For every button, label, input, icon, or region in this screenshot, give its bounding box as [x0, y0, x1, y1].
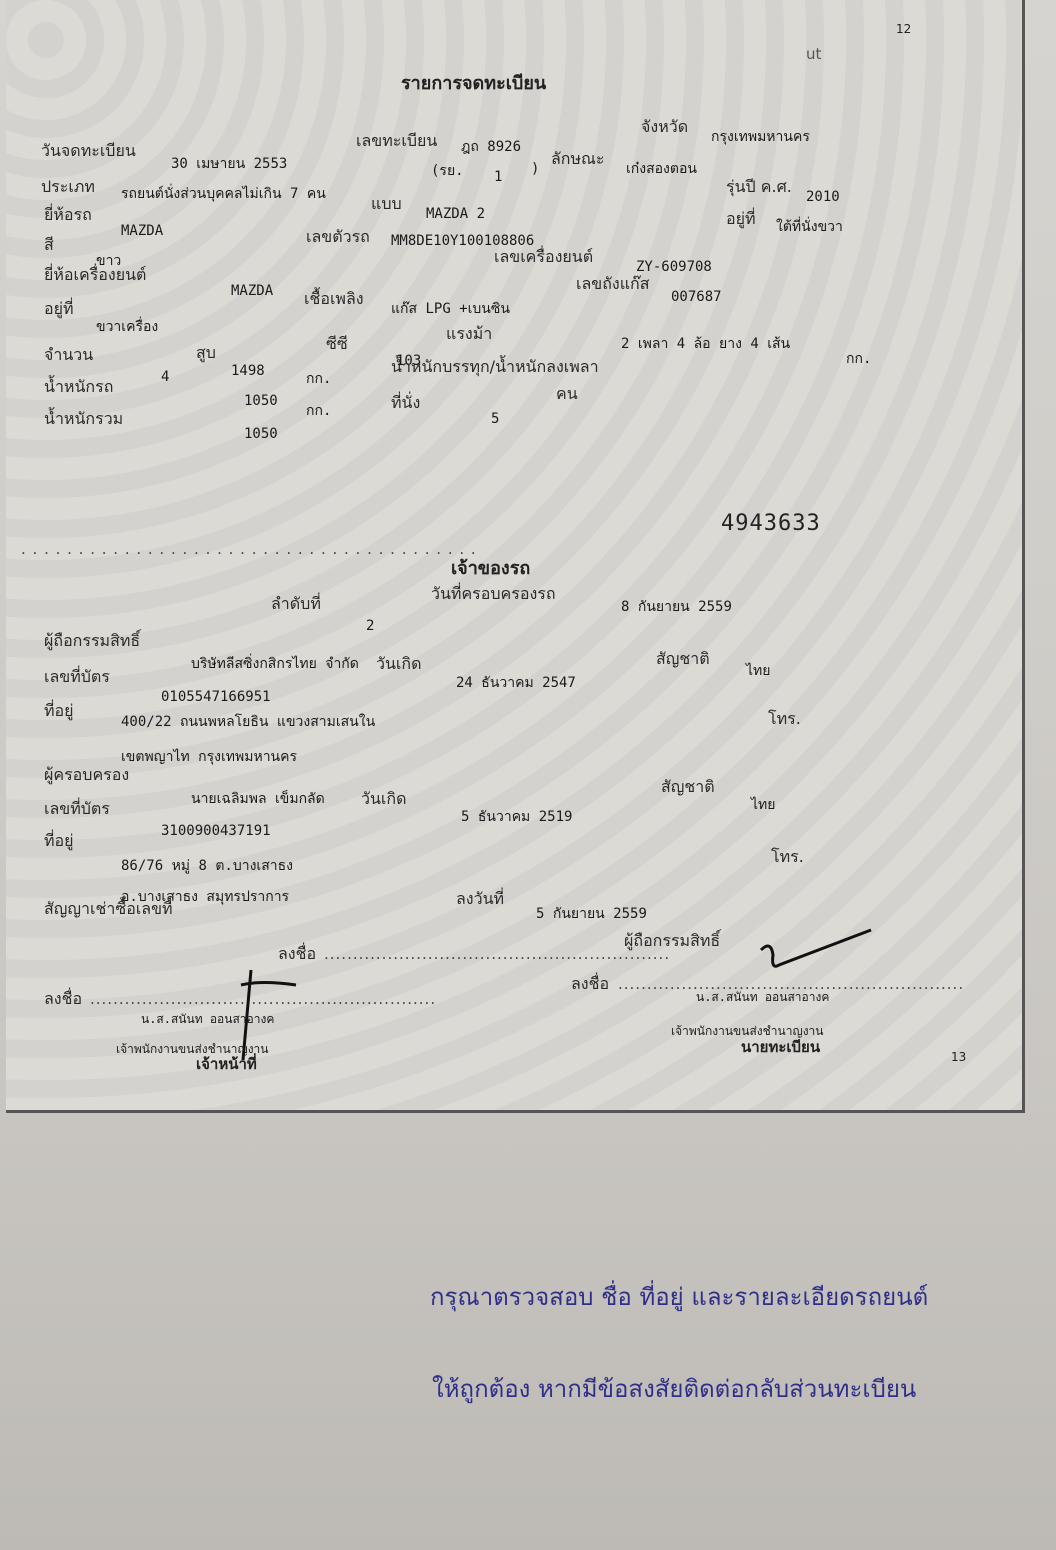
- label-owner-card: เลขที่บัตร: [44, 668, 110, 686]
- serial-dots: . . . . . . . . . . . . . . . . . . . . …: [21, 540, 477, 558]
- label-model-year: รุ่นปี ค.ศ.: [726, 178, 792, 196]
- seats: 5: [491, 410, 499, 428]
- owner-birth: 24 ธันวาคม 2547: [456, 674, 576, 692]
- label-reg-date: วันจดทะเบียน: [41, 142, 136, 160]
- chassis-location: ใต้ที่นั่งขวา: [776, 218, 843, 236]
- label-gross: น้ำหนักรวม: [44, 410, 123, 428]
- label-possessor-phone: โทร.: [771, 848, 804, 866]
- label-lease: สัญญาเช่าซื้อเลขที่: [44, 900, 173, 918]
- owner-card: 0105547166951: [161, 688, 271, 706]
- engine-brand: MAZDA: [231, 282, 273, 300]
- engine-cc: 1498: [231, 362, 265, 380]
- plate-number: ฎถ 8926: [461, 138, 521, 156]
- possession-date: 8 กันยายน 2559: [621, 598, 732, 616]
- label-rs: (รย.: [431, 162, 464, 180]
- fuel-type: แก๊ส LPG +เบนซิน: [391, 300, 510, 318]
- kg-unit-2: กก.: [306, 402, 331, 420]
- province: กรุงเทพมหานคร: [711, 128, 810, 146]
- corner-mark: ut: [806, 45, 821, 63]
- vehicle-style: เก๋งสองตอน: [626, 160, 697, 178]
- label-cc: ซีซี: [326, 335, 348, 353]
- label-owner-phone: โทร.: [768, 710, 801, 728]
- cylinders: 4: [161, 368, 169, 386]
- label-gas-tank: เลขถังแก๊ส: [576, 275, 649, 293]
- label-province: จังหวัด: [641, 118, 688, 136]
- label-possessor-birth: วันเกิด: [361, 790, 406, 808]
- label-possessor-address: ที่อยู่: [44, 832, 74, 850]
- label-possessor: ผู้ครอบครอง: [44, 766, 129, 784]
- label-owner-birth: วันเกิด: [376, 655, 421, 673]
- label-sign-date: ลงวันที่: [456, 890, 504, 908]
- label-cylinder: สูบ: [196, 344, 216, 362]
- serial-number: 4943633: [721, 515, 821, 533]
- reg-date: 30 เมษายน 2553: [171, 155, 287, 173]
- possessor-name: นายเฉลิมพล เข็มกลัด: [191, 790, 325, 808]
- label-possession: วันที่ครอบครองรถ: [431, 585, 556, 603]
- label-chassis: เลขตัวรถ: [306, 228, 370, 246]
- kg-unit-1: กก.: [306, 370, 331, 388]
- label-engine-loc: อยู่ที่: [44, 300, 74, 318]
- label-sign-registrar: ลงชื่อ: [571, 975, 609, 993]
- owner-address-line1: 400/22 ถนนพหลโยธิน แขวงสามเสนใน: [121, 713, 375, 731]
- label-chassis-loc: อยู่ที่: [726, 210, 756, 228]
- label-style: ลักษณะ: [551, 150, 604, 168]
- label-load: น้ำหนักบรรทุก/น้ำหนักลงเพลา: [391, 358, 599, 376]
- vehicle-type: รถยนต์นั่งส่วนบุคคลไม่เกิน 7 คน: [121, 185, 326, 203]
- sign-date: 5 กันยายน 2559: [536, 905, 647, 923]
- owner-nationality: ไทย: [746, 662, 770, 680]
- model-year: 2010: [806, 188, 840, 206]
- gas-tank-number: 007687: [671, 288, 722, 306]
- owner-section-title: เจ้าของรถ: [451, 560, 530, 578]
- vehicle-weight: 1050: [244, 392, 278, 410]
- label-possessor-nationality: สัญชาติ: [661, 778, 715, 796]
- load-unit: กก.: [846, 350, 871, 368]
- label-type: ประเภท: [41, 178, 95, 196]
- label-engine-no: เลขเครื่องยนต์: [494, 248, 593, 266]
- registrar-name: น.ส.สนันท ออนสาอางค: [696, 988, 829, 1006]
- stamp-note-line1: กรุณาตรวจสอบ ชื่อ ที่อยู่ และรายละเอียดร…: [430, 1288, 928, 1306]
- possessor-card: 3100900437191: [161, 822, 271, 840]
- engine-location: ขวาเครื่อง: [96, 318, 158, 336]
- label-weight: น้ำหนักรถ: [44, 378, 113, 396]
- label-possessor-card: เลขที่บัตร: [44, 800, 110, 818]
- possessor-birth: 5 ธันวาคม 2519: [461, 808, 572, 826]
- label-color: สี: [44, 236, 54, 254]
- label-fuel: เชื้อเพลิง: [304, 290, 364, 308]
- stamp-note-line2: ให้ถูกต้อง หากมีข้อสงสัยติดต่อกลับส่วนทะ…: [432, 1380, 916, 1398]
- possessor-address-line1: 86/76 หมู่ 8 ต.บางเสาธง: [121, 857, 293, 875]
- label-model: แบบ: [371, 195, 402, 213]
- rs-value: 1: [494, 168, 502, 186]
- label-order: ลำดับที่: [271, 595, 321, 613]
- label-owner-address: ที่อยู่: [44, 702, 74, 720]
- axle-info: 2 เพลา 4 ล้อ ยาง 4 เส้น: [621, 335, 790, 353]
- page-number-bottom: 13: [951, 1048, 966, 1066]
- label-owner: ผู้ถือกรรมสิทธิ์: [44, 632, 140, 650]
- owner-name: บริษัทลีสซิ่งกสิกรไทย จำกัด: [191, 655, 359, 673]
- registrar-role: นายทะเบียน: [741, 1038, 820, 1056]
- owner-sign-line: ........................................…: [324, 945, 670, 963]
- rs-close: ): [531, 160, 539, 178]
- model: MAZDA 2: [426, 205, 485, 223]
- owner-role: ผู้ถือกรรมสิทธิ์: [624, 932, 720, 950]
- label-plate: เลขทะเบียน: [356, 132, 437, 150]
- owner-address-line2: เขตพญาไท กรุงเทพมหานคร: [121, 748, 297, 766]
- registrar-signature-icon: [751, 925, 881, 985]
- registration-document: 12 ut รายการจดทะเบียน วันจดทะเบียน 30 เม…: [6, 0, 1025, 1113]
- label-sign-owner: ลงชื่อ: [278, 945, 316, 963]
- brand: MAZDA: [121, 222, 163, 240]
- label-count: จำนวน: [44, 346, 93, 364]
- page-number-top: 12: [896, 20, 911, 38]
- officer-signature-icon: [231, 965, 311, 1065]
- label-sign-officer: ลงชื่อ: [44, 990, 82, 1008]
- label-seats: ที่นั่ง: [391, 394, 420, 412]
- possessor-nationality: ไทย: [751, 796, 775, 814]
- label-owner-nationality: สัญชาติ: [656, 650, 710, 668]
- gross-weight: 1050: [244, 425, 278, 443]
- label-brand: ยี่ห้อรถ: [44, 206, 92, 224]
- order-number: 2: [366, 617, 374, 635]
- label-engine-brand: ยี่ห้อเครื่องยนต์: [44, 266, 146, 284]
- label-hp: แรงม้า: [446, 325, 492, 343]
- person-unit: คน: [556, 385, 578, 403]
- document-title: รายการจดทะเบียน: [401, 75, 546, 93]
